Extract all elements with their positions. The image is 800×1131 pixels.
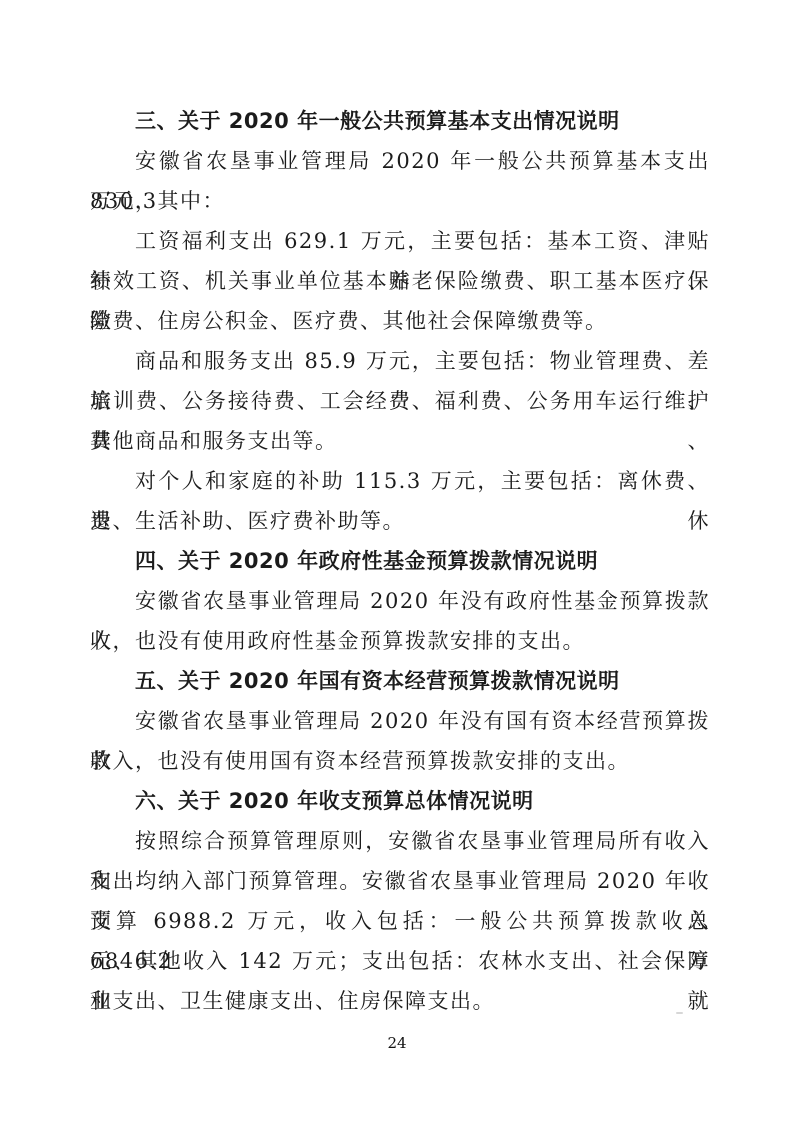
text-line: 入，也没有使用政府性基金预算拨款安排的支出。 <box>90 621 710 661</box>
page-number: 24 <box>0 1033 794 1053</box>
text-line: 收入，也没有使用国有资本经营预算拨款安排的支出。 <box>90 741 710 781</box>
section-heading-3: 三、关于 2020 年一般公共预算基本支出情况说明 <box>90 101 710 141</box>
text-line: 安徽省农垦事业管理局 2020 年一般公共预算基本支出 830.3 <box>90 141 710 181</box>
text-line: 对个人和家庭的补助 115.3 万元，主要包括：离休费、退休 <box>90 461 710 501</box>
text-line: 工资福利支出 629.1 万元，主要包括：基本工资、津贴补贴、 <box>90 221 710 261</box>
text-line: 元、其他收入 142 万元；支出包括：农林水支出、社会保障和就 <box>90 941 710 981</box>
text-line: 安徽省农垦事业管理局 2020 年没有国有资本经营预算拨款 <box>90 701 710 741</box>
text-line: 商品和服务支出 85.9 万元，主要包括：物业管理费、差旅费、 <box>90 341 710 381</box>
text-line: 缴费、住房公积金、医疗费、其他社会保障缴费等。 <box>90 301 710 341</box>
section-heading-4: 四、关于 2020 年政府性基金预算拨款情况说明 <box>90 541 710 581</box>
text-line: 按照综合预算管理原则，安徽省农垦事业管理局所有收入和 <box>90 821 710 861</box>
scan-artifact <box>676 1012 683 1014</box>
section-heading-6: 六、关于 2020 年收支预算总体情况说明 <box>90 781 710 821</box>
section-heading-5: 五、关于 2020 年国有资本经营预算拨款情况说明 <box>90 661 710 701</box>
text-line: 万元，其中： <box>90 181 710 221</box>
text-line: 支出均纳入部门预算管理。安徽省农垦事业管理局 2020 年收支总 <box>90 861 710 901</box>
text-line: 安徽省农垦事业管理局 2020 年没有政府性基金预算拨款收 <box>90 581 710 621</box>
document-page: 三、关于 2020 年一般公共预算基本支出情况说明 安徽省农垦事业管理局 202… <box>0 0 800 1131</box>
text-line: 培训费、公务接待费、工会经费、福利费、公务用车运行维护费、 <box>90 381 710 421</box>
text-line: 绩效工资、机关事业单位基本养老保险缴费、职工基本医疗保险 <box>90 261 710 301</box>
document-body: 三、关于 2020 年一般公共预算基本支出情况说明 安徽省农垦事业管理局 202… <box>90 101 710 1021</box>
text-line: 预算 6988.2 万元，收入包括：一般公共预算拨款收入 6846.2 万 <box>90 901 710 941</box>
